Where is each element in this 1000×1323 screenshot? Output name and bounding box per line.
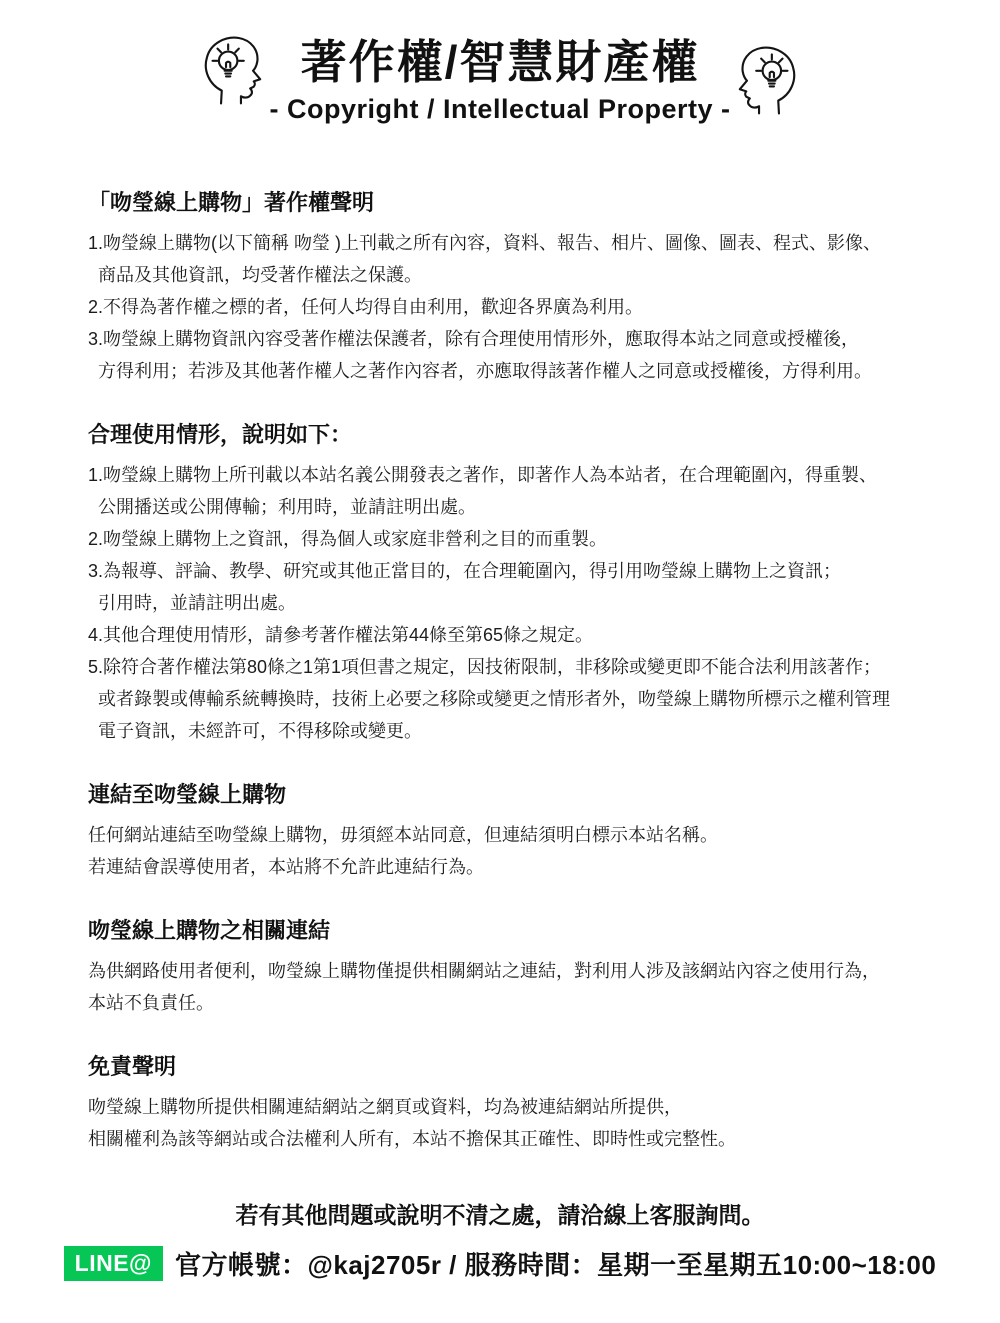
line-at-badge: LINE@ [64,1246,163,1281]
section-copyright-statement: 「吻瑩線上購物」著作權聲明 1.吻瑩線上購物(以下簡稱 吻瑩 )上刊載之所有內容… [88,188,930,387]
body-line: 或者錄製或傳輸系統轉換時，技術上必要之移除或變更之情形者外，吻瑩線上購物所標示之… [88,683,930,715]
body-line: 相關權利為該等網站或合法權利人所有，本站不擔保其正確性、即時性或完整性。 [88,1123,930,1155]
footer-contact-row: LINE@ 官方帳號：@kaj2705r / 服務時間：星期一至星期五10:00… [0,1245,1000,1282]
policy-content: 「吻瑩線上購物」著作權聲明 1.吻瑩線上購物(以下簡稱 吻瑩 )上刊載之所有內容… [0,188,1000,1155]
head-lightbulb-icon [199,32,263,108]
section-fair-use: 合理使用情形，說明如下： 1.吻瑩線上購物上所刊載以本站名義公開發表之著作，即著… [88,420,930,747]
section-heading: 免責聲明 [88,1052,930,1082]
copyright-policy-page: 著作權/智慧財產權 - Copyright / Intellectual Pro… [0,0,1000,1323]
head-lightbulb-icon [737,42,801,118]
page-title: 著作權/智慧財產權 [301,30,700,94]
section-heading: 吻瑩線上購物之相關連結 [88,916,930,946]
body-line: 本站不負責任。 [88,987,930,1019]
section-heading: 連結至吻瑩線上購物 [88,780,930,810]
section-disclaimer: 免責聲明 吻瑩線上購物所提供相關連結網站之網頁或資料，均為被連結網站所提供， 相… [88,1052,930,1155]
body-line: 商品及其他資訊，均受著作權法之保護。 [88,259,930,291]
body-line: 5.除符合著作權法第80條之1第1項但書之規定，因技術限制，非移除或變更即不能合… [88,651,930,683]
section-heading: 「吻瑩線上購物」著作權聲明 [88,188,930,218]
body-line: 3.為報導、評論、教學、研究或其他正當目的，在合理範圍內，得引用吻瑩線上購物上之… [88,555,930,587]
body-line: 電子資訊，未經許可，不得移除或變更。 [88,715,930,747]
page-footer: 若有其他問題或說明不清之處，請洽線上客服詢問。 LINE@ 官方帳號：@kaj2… [0,1199,1000,1282]
body-line: 方得利用；若涉及其他著作權人之著作內容者，亦應取得該著作權人之同意或授權後，方得… [88,355,930,387]
page-header: 著作權/智慧財產權 - Copyright / Intellectual Pro… [0,0,1000,126]
body-line: 2.不得為著作權之標的者，任何人均得自由利用，歡迎各界廣為利用。 [88,291,930,323]
body-line: 2.吻瑩線上購物上之資訊，得為個人或家庭非營利之目的而重製。 [88,523,930,555]
body-line: 3.吻瑩線上購物資訊內容受著作權法保護者，除有合理使用情形外，應取得本站之同意或… [88,323,930,355]
section-related-links: 吻瑩線上購物之相關連結 為供網路使用者便利，吻瑩線上購物僅提供相關網站之連結，對… [88,916,930,1019]
title-block: 著作權/智慧財產權 - Copyright / Intellectual Pro… [269,30,730,126]
section-heading: 合理使用情形，說明如下： [88,420,930,450]
body-line: 4.其他合理使用情形，請參考著作權法第44條至第65條之規定。 [88,619,930,651]
body-line: 若連結會誤導使用者，本站將不允許此連結行為。 [88,851,930,883]
body-line: 任何網站連結至吻瑩線上購物，毋須經本站同意，但連結須明白標示本站名稱。 [88,819,930,851]
body-line: 公開播送或公開傳輸；利用時，並請註明出處。 [88,491,930,523]
footer-contact: 官方帳號：@kaj2705r / 服務時間：星期一至星期五10:00~18:00 [175,1245,936,1282]
body-line: 吻瑩線上購物所提供相關連結網站之網頁或資料，均為被連結網站所提供， [88,1091,930,1123]
footer-note: 若有其他問題或說明不清之處，請洽線上客服詢問。 [0,1199,1000,1231]
section-link-to-us: 連結至吻瑩線上購物 任何網站連結至吻瑩線上購物，毋須經本站同意，但連結須明白標示… [88,780,930,883]
body-line: 引用時，並請註明出處。 [88,587,930,619]
body-line: 1.吻瑩線上購物上所刊載以本站名義公開發表之著作，即著作人為本站者，在合理範圍內… [88,459,930,491]
page-subtitle: - Copyright / Intellectual Property - [269,92,730,126]
body-line: 1.吻瑩線上購物(以下簡稱 吻瑩 )上刊載之所有內容，資料、報告、相片、圖像、圖… [88,227,930,259]
body-line: 為供網路使用者便利，吻瑩線上購物僅提供相關網站之連結，對利用人涉及該網站內容之使… [88,955,930,987]
